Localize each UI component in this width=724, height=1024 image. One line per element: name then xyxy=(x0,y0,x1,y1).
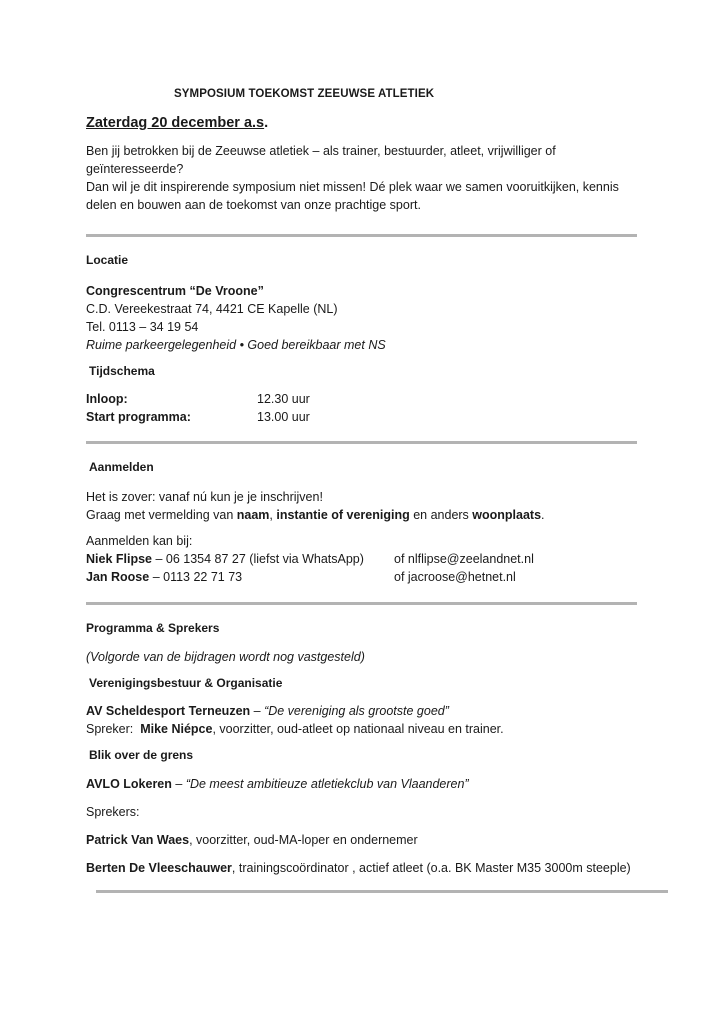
event-date-heading: Zaterdag 20 december a.s. xyxy=(86,115,268,131)
contact-email[interactable]: of nlflipse@zeelandnet.nl xyxy=(394,550,534,568)
program-club-line: AV Scheldesport Terneuzen – “De verenigi… xyxy=(86,702,449,720)
location-address: C.D. Vereekestraat 74, 4421 CE Kapelle (… xyxy=(86,300,338,318)
program-section-heading: Verenigingsbestuur & Organisatie xyxy=(89,676,282,690)
location-note: Ruime parkeergelegenheid • Goed bereikba… xyxy=(86,336,386,354)
contact-detail: – 06 1354 87 27 (liefst via WhatsApp) xyxy=(152,552,364,566)
program-speaker-line: Berten De Vleeschauwer, trainingscoördin… xyxy=(86,859,631,877)
program-speaker-line: Spreker: Mike Niépce, voorzitter, oud-at… xyxy=(86,720,504,738)
program-speaker-line: Patrick Van Waes, voorzitter, oud-MA-lop… xyxy=(86,831,418,849)
divider xyxy=(86,602,637,605)
divider xyxy=(86,441,637,444)
location-phone: Tel. 0113 – 34 19 54 xyxy=(86,318,198,336)
document-title: SYMPOSIUM TOEKOMST ZEEUWSE ATLETIEK xyxy=(174,88,434,100)
contact-email[interactable]: of jacroose@hetnet.nl xyxy=(394,568,516,586)
intro-line-2: geïnteresseerde? xyxy=(86,160,183,178)
program-heading: Programma & Sprekers xyxy=(86,621,219,635)
schedule-label: Start programma: xyxy=(86,408,191,426)
intro-line-1: Ben jij betrokken bij de Zeeuwse atletie… xyxy=(86,142,556,160)
program-club-line: AVLO Lokeren – “De meest ambitieuze atle… xyxy=(86,775,469,793)
contact-row: Jan Roose – 0113 22 71 73 xyxy=(86,568,242,586)
registration-heading: Aanmelden xyxy=(89,460,154,474)
program-section-heading: Blik over de grens xyxy=(89,748,193,762)
contact-name: Jan Roose xyxy=(86,570,149,584)
contacts-label: Aanmelden kan bij: xyxy=(86,532,192,550)
schedule-value: 13.00 uur xyxy=(257,408,310,426)
event-date: Zaterdag 20 december a.s xyxy=(86,115,264,131)
registration-line-1: Het is zover: vanaf nú kun je je inschri… xyxy=(86,488,323,506)
intro-line-4: delen en bouwen aan de toekomst van onze… xyxy=(86,196,421,214)
location-venue: Congrescentrum “De Vroone” xyxy=(86,282,264,300)
program-speakers-label: Sprekers: xyxy=(86,803,140,821)
contact-name: Niek Flipse xyxy=(86,552,152,566)
contact-detail: – 0113 22 71 73 xyxy=(149,570,242,584)
intro-line-3: Dan wil je dit inspirerende symposium ni… xyxy=(86,178,619,196)
program-note: (Volgorde van de bijdragen wordt nog vas… xyxy=(86,648,365,666)
divider xyxy=(86,234,637,237)
location-heading: Locatie xyxy=(86,253,128,267)
contact-row: Niek Flipse – 06 1354 87 27 (liefst via … xyxy=(86,550,364,568)
divider xyxy=(96,890,668,893)
schedule-value: 12.30 uur xyxy=(257,390,310,408)
schedule-label: Inloop: xyxy=(86,390,128,408)
schedule-heading: Tijdschema xyxy=(89,364,155,378)
registration-line-2: Graag met vermelding van naam, instantie… xyxy=(86,506,545,524)
